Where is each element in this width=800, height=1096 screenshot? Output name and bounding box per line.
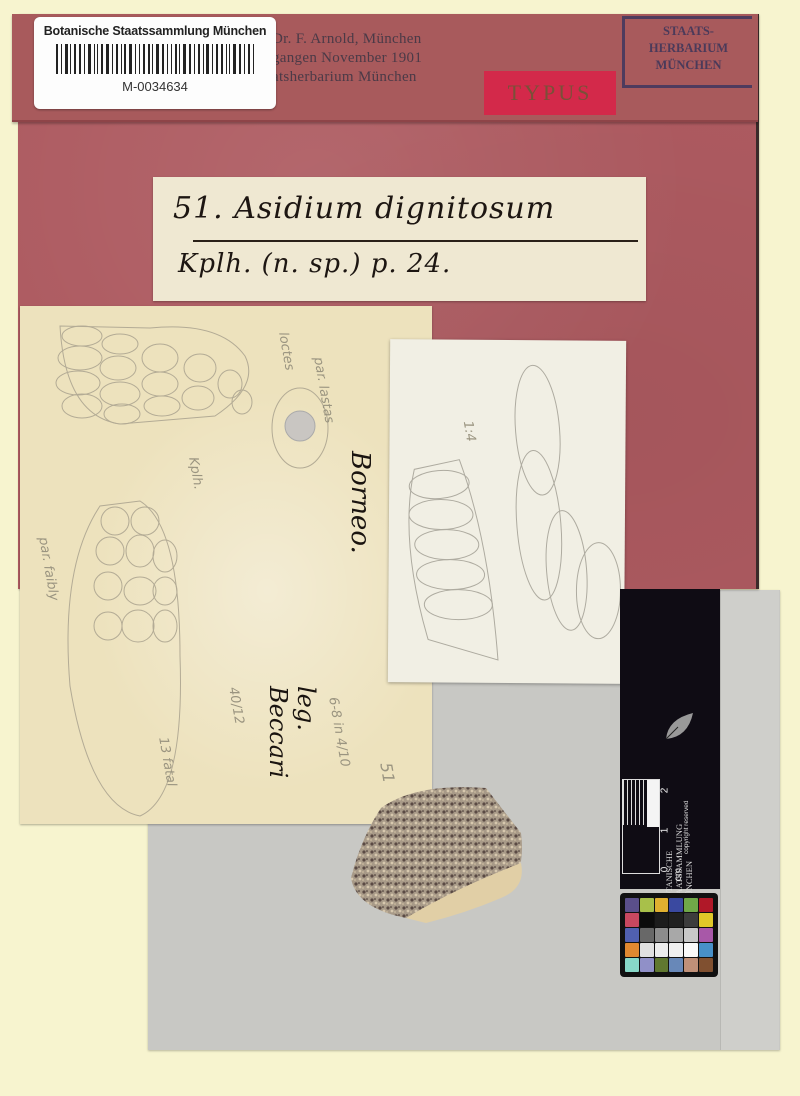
color-patch bbox=[625, 958, 639, 972]
underline bbox=[193, 240, 638, 242]
barcode-label: Botanische Staatssammlung München M-0034… bbox=[34, 17, 276, 109]
color-patch bbox=[669, 928, 683, 942]
spore-sketch-icon bbox=[388, 339, 626, 684]
collector-note: leg. Beccari bbox=[264, 686, 320, 798]
sketch-paper-right: 1:4 bbox=[388, 339, 626, 684]
color-patch bbox=[655, 898, 669, 912]
color-patch bbox=[684, 958, 698, 972]
species-label: 51. Asidium dignitosum Kplh. (n. sp.) p.… bbox=[153, 177, 646, 301]
copyright-text: copyright reserved bbox=[683, 801, 690, 854]
pencil-note: 1:4 bbox=[460, 420, 478, 443]
herbarium-stamp: STAATS- HERBARIUM MÜNCHEN bbox=[622, 16, 752, 88]
color-patch bbox=[640, 898, 654, 912]
color-patch bbox=[655, 943, 669, 957]
lichen-specimen-icon bbox=[346, 778, 532, 928]
provenance-line: gangen November 1901 bbox=[272, 49, 422, 68]
specimen-id: M-0034634 bbox=[34, 79, 276, 94]
scale-bar-white bbox=[647, 780, 659, 827]
ascus-sketch-icon bbox=[20, 306, 432, 824]
provenance-line: Dr. F. Arnold, München bbox=[272, 30, 422, 49]
scale-tick: 2 bbox=[659, 788, 670, 794]
color-patch bbox=[640, 928, 654, 942]
color-patch bbox=[669, 913, 683, 927]
typus-label: TYPUS bbox=[484, 71, 616, 115]
color-patch bbox=[655, 913, 669, 927]
color-patch bbox=[655, 958, 669, 972]
scale-tick: 0 bbox=[659, 867, 670, 873]
color-patch bbox=[684, 928, 698, 942]
stamp-line: MÜNCHEN bbox=[625, 57, 752, 74]
grey-board-edge bbox=[720, 590, 779, 1050]
author-citation: Kplh. (n. sp.) p. 24. bbox=[178, 249, 451, 279]
leaf-logo-icon bbox=[658, 709, 698, 749]
color-patch bbox=[684, 898, 698, 912]
color-patch bbox=[669, 958, 683, 972]
locality-note: Borneo. bbox=[345, 451, 375, 554]
color-checker bbox=[620, 893, 718, 977]
provenance-stamp: Dr. F. Arnold, München gangen November 1… bbox=[272, 30, 422, 87]
sketch-paper-left: par. lastas loctes Kplh. Borneo. leg. Be… bbox=[20, 306, 432, 824]
barcode-icon bbox=[56, 44, 254, 74]
scale-bar-card: BOTANISCHE STAATSSAMMLUNG MÜNCHEN 0 1 2 … bbox=[620, 589, 720, 889]
scale-unit: cm bbox=[673, 868, 684, 881]
color-patch bbox=[684, 943, 698, 957]
color-patch bbox=[625, 943, 639, 957]
color-patch bbox=[699, 913, 713, 927]
color-patch bbox=[669, 943, 683, 957]
scale-bar-hatched bbox=[623, 780, 647, 825]
color-patch bbox=[625, 928, 639, 942]
provenance-line: atsherbarium München bbox=[272, 68, 422, 87]
species-name: 51. Asidium dignitosum bbox=[173, 191, 555, 226]
color-patch bbox=[699, 943, 713, 957]
color-patch bbox=[669, 898, 683, 912]
stamp-line: HERBARIUM bbox=[625, 40, 752, 57]
stamp-line: STAATS- bbox=[625, 23, 752, 40]
color-patch bbox=[655, 928, 669, 942]
color-patch bbox=[625, 898, 639, 912]
brand-line: BOTANISCHE bbox=[664, 824, 674, 904]
color-patch bbox=[699, 958, 713, 972]
color-patch bbox=[640, 943, 654, 957]
scale-tick: 1 bbox=[659, 828, 670, 834]
color-patch bbox=[699, 898, 713, 912]
color-patch bbox=[640, 958, 654, 972]
color-patch bbox=[640, 913, 654, 927]
color-patch bbox=[625, 913, 639, 927]
color-patch bbox=[684, 913, 698, 927]
institution-name: Botanische Staatssammlung München bbox=[34, 24, 276, 38]
color-patch bbox=[699, 928, 713, 942]
scale-bar bbox=[622, 779, 660, 874]
